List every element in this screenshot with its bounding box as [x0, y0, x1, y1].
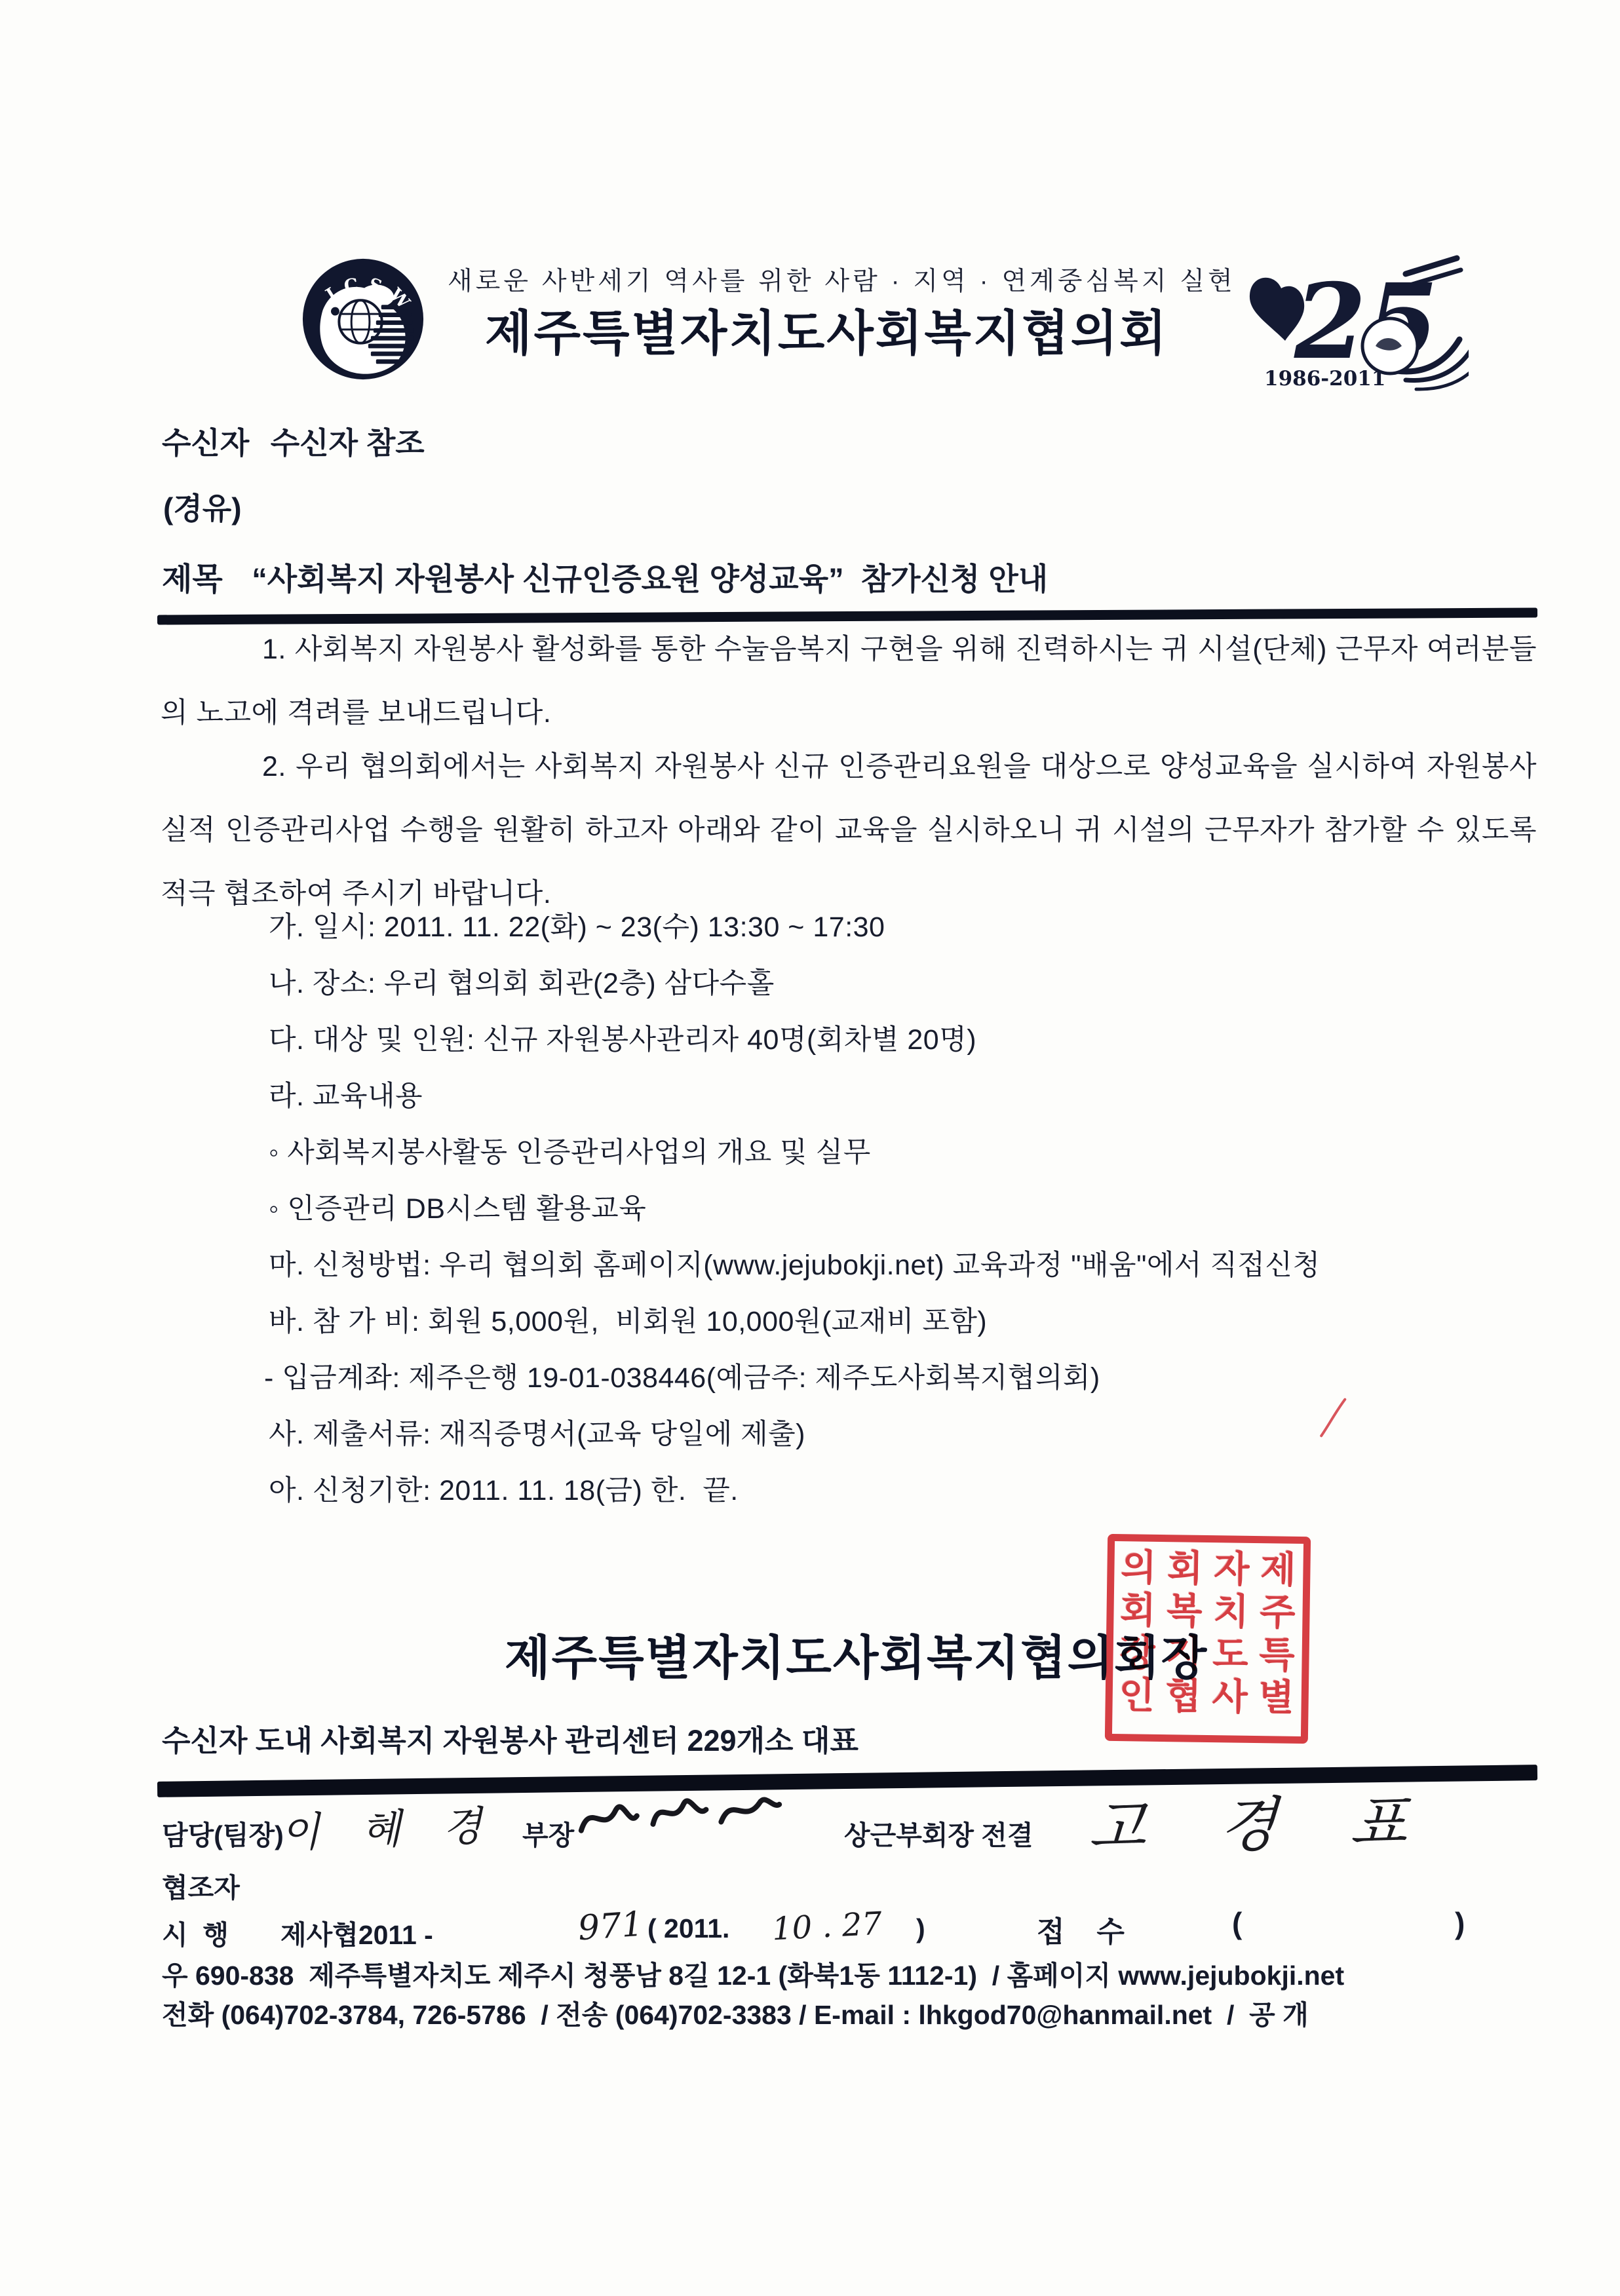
subject-value: “사회복지 자원봉사 신규인증요원 양성교육” 참가신청 안내 [252, 562, 1048, 596]
recipient-row: 수신자 수신자 참조 [162, 419, 425, 463]
list-item: 라. 교육내용 [161, 1068, 1543, 1124]
paragraph-1: 1. 사회복지 자원봉사 활성화를 통한 수눌음복지 구현을 위해 진력하시는 … [161, 618, 1537, 745]
list-item: 나. 장소: 우리 협의회 회관(2층) 삼다수홀 [161, 955, 1543, 1012]
seal-text-column: 자치도사 [1204, 1549, 1253, 1729]
dept-head-signature [568, 1779, 787, 1856]
list-item: 마. 신청방법: 우리 협의회 홈페이지(www.jejubokji.net) … [161, 1237, 1543, 1293]
doc-date-handwritten: 10 . 27 [771, 1905, 883, 1948]
header-org-name: 제주특별자치도사회복지협의회 [485, 295, 1168, 364]
signing-org-title: 제주특별자치도사회복지협의회장 [505, 1620, 1208, 1688]
list-item: ◦ 사회복지봉사활동 인증관리사업의 개요 및 실무 [161, 1124, 1543, 1181]
via-field: (경유) [163, 485, 242, 528]
approver-name-handwritten: 고 경 표 [1087, 1774, 1438, 1865]
jcsw-dove-logo: JCSW [298, 251, 428, 387]
receipt-paren-close: ) [1455, 1905, 1465, 1941]
dept-head-label: 부장 [522, 1814, 574, 1852]
cooperator-label: 협조자 [162, 1866, 240, 1905]
recipient-label: 수신자 [162, 426, 249, 460]
seal-text-column: 회복지협 [1157, 1548, 1206, 1729]
subject-label: 제목 [162, 562, 223, 597]
dove-eye [331, 307, 339, 316]
anniversary-25-logo: 25 1986-2011 [1241, 254, 1469, 393]
doc-date-close: ) [916, 1913, 925, 1944]
anniversary-years: 1986-2011 [1264, 367, 1385, 391]
contact-line: 전화 (064)702-3784, 726-5786 / 전송 (064)702… [162, 1993, 1309, 2032]
header-slogan: 새로운 사반세기 역사를 위한 사람 · 지역 · 연계중심복지 실현 [448, 261, 1236, 297]
address-line: 우 690-838 제주특별자치도 제주시 청풍남 8길 12-1 (화북1동 … [162, 1954, 1344, 1993]
doc-number-handwritten: 971 [577, 1905, 644, 1949]
list-item: 아. 신청기한: 2011. 11. 18(금) 한. 끝. [161, 1463, 1543, 1519]
execution-label: 시 행 [162, 1913, 229, 1952]
staff-label: 담당(팀장) [162, 1814, 284, 1852]
anniversary-number: 25 [1294, 261, 1438, 383]
recipient-value: 수신자 참조 [271, 426, 425, 460]
doc-date-open: ( 2011. [647, 1913, 729, 1944]
subject-row: 제목 “사회복지 자원봉사 신규인증요원 양성교육” 참가신청 안내 [162, 554, 1048, 599]
seal-text-column: 의회장인 [1111, 1548, 1160, 1728]
red-pen-mark [1313, 1392, 1359, 1446]
scanned-official-document: JCSW 새로운 사반세기 역사를 위한 사람 · 지역 · 연계중심복지 실현… [0, 0, 1620, 2296]
list-item: 바. 참 가 비: 회원 5,000원, 비회원 10,000원(교재비 포함) [161, 1293, 1543, 1350]
approver-label: 상근부회장 전결 [844, 1814, 1033, 1852]
paragraph-2: 2. 우리 협의회에서는 사회복지 자원봉사 신규 인증관리요원을 대상으로 양… [161, 735, 1537, 926]
list-item: ◦ 인증관리 DB시스템 활용교육 [161, 1181, 1543, 1237]
list-item: 다. 대상 및 인원: 신규 자원봉사관리자 40명(회차별 20명) [161, 1012, 1543, 1068]
final-recipient-line: 수신자 도내 사회복지 자원봉사 관리센터 229개소 대표 [162, 1717, 858, 1759]
official-seal-stamp: 제주특별 자치도사 회복지협 의회장인 [1105, 1534, 1311, 1744]
receipt-label: 접 수 [1037, 1908, 1125, 1950]
list-item: 가. 일시: 2011. 11. 22(화) ~ 23(수) 13:30 ~ 1… [161, 899, 1543, 955]
staff-name-handwritten: 이 혜 경 [280, 1793, 497, 1858]
receipt-paren-open: ( [1232, 1905, 1242, 1941]
doc-number-prefix: 제사협2011 - [280, 1913, 433, 1952]
seal-text-column: 제주특별 [1250, 1550, 1300, 1730]
